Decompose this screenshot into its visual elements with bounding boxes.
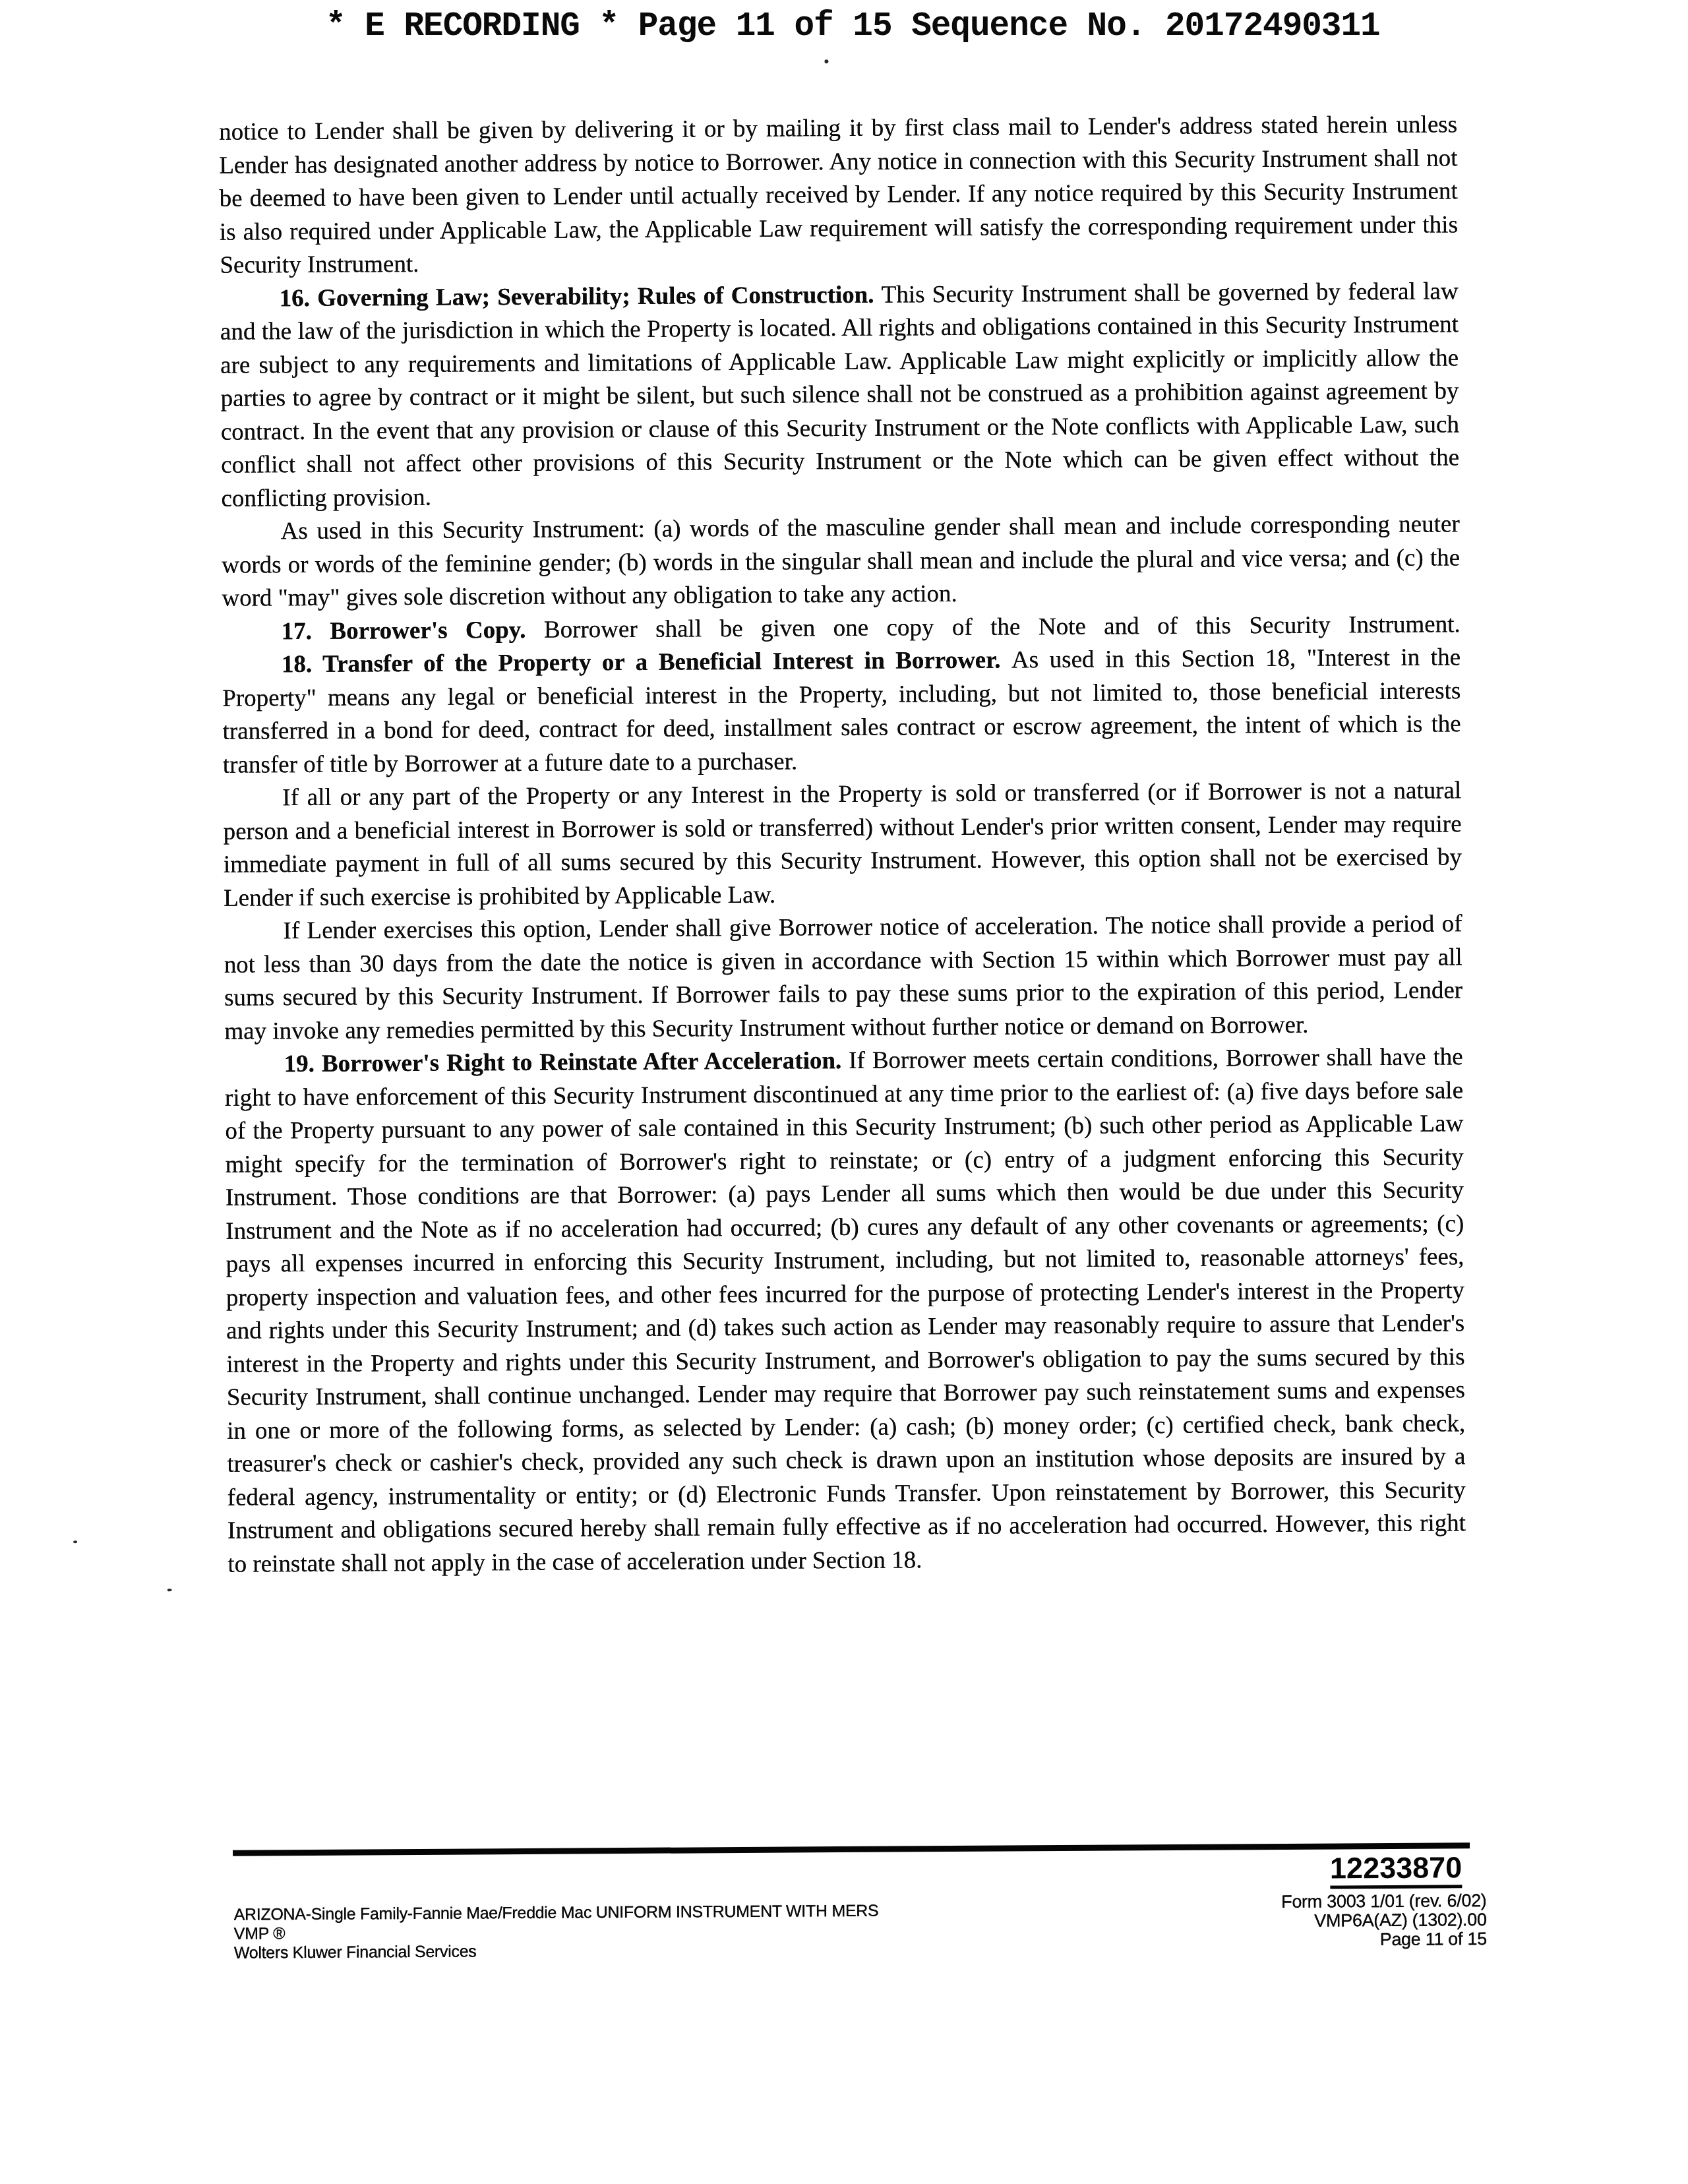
scanned-content: notice to Lender shall be given by deliv… — [0, 0, 1688, 2184]
scan-artifact-dot — [167, 1589, 172, 1591]
paragraph: 19. Borrower's Right to Reinstate After … — [225, 1041, 1466, 1581]
document-body: notice to Lender shall be given by deliv… — [219, 108, 1466, 1581]
paragraph: If Lender exercises this option, Lender … — [224, 907, 1462, 1048]
scan-artifact-dot — [824, 59, 828, 63]
footer-line: Wolters Kluwer Financial Services — [234, 1940, 879, 1963]
section-heading: 18. Transfer of the Property or a Benefi… — [282, 646, 1011, 678]
paragraph: If all or any part of the Property or an… — [223, 774, 1462, 915]
footer-line: Page 11 of 15 — [1060, 1929, 1487, 1951]
document-page: * E RECORDING * Page 11 of 15 Sequence N… — [0, 0, 1688, 2184]
paragraph: 16. Governing Law; Severability; Rules o… — [220, 275, 1459, 516]
section-heading: 17. Borrower's Copy. — [282, 616, 545, 644]
paragraph: notice to Lender shall be given by deliv… — [219, 108, 1459, 282]
paragraph: 18. Transfer of the Property or a Benefi… — [222, 641, 1461, 781]
section-heading: 19. Borrower's Right to Reinstate After … — [284, 1047, 849, 1077]
loan-number-value: 12233870 — [1330, 1850, 1462, 1889]
footer-left: ARIZONA-Single Family-Fannie Mae/Freddie… — [234, 1902, 879, 1963]
footer-line: ARIZONA-Single Family-Fannie Mae/Freddie… — [234, 1902, 879, 1925]
paragraph: As used in this Security Instrument: (a)… — [222, 508, 1461, 615]
scan-artifact-dot — [73, 1540, 77, 1543]
footer-right: Form 3003 1/01 (rev. 6/02)VMP6A(AZ) (130… — [1060, 1891, 1487, 1951]
loan-number: 12233870 — [1231, 1850, 1462, 1886]
section-heading: 16. Governing Law; Severability; Rules o… — [280, 281, 882, 312]
